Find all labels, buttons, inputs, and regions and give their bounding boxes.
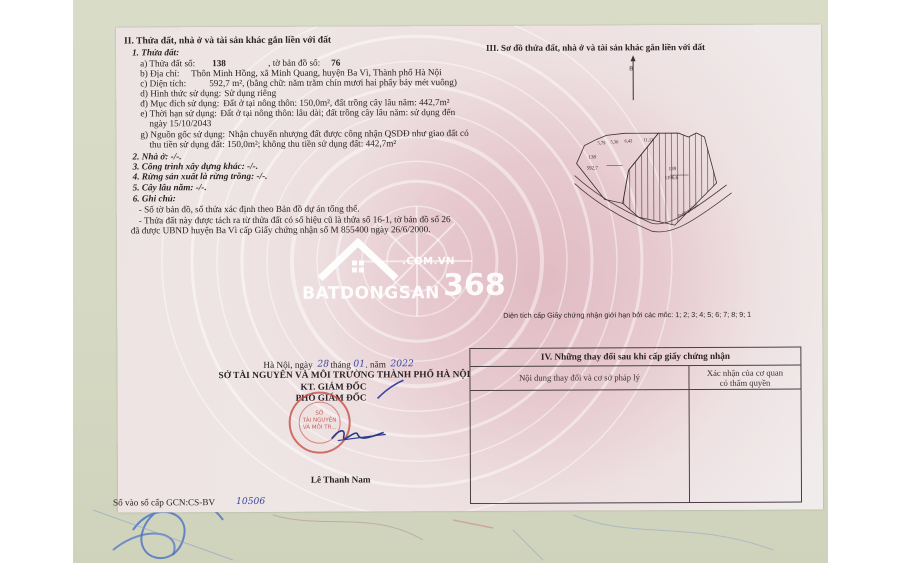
signer-name: Lê Thanh Nam bbox=[311, 474, 371, 485]
parcel-diagram bbox=[566, 115, 747, 236]
changes-table: IV. Những thay đổi sau khi cấp giấy chứn… bbox=[469, 347, 802, 504]
issue-day: 28 bbox=[317, 359, 329, 370]
boundary-note: Diện tích cấp Giấy chứng nhận giới hạn b… bbox=[503, 309, 751, 321]
parcel-neighbor-area: 1196,6 bbox=[665, 176, 679, 182]
parcel-main-area: 592,7 bbox=[587, 166, 598, 172]
issue-month-label: tháng bbox=[330, 360, 350, 371]
perennial-item: 5. Cây lâu năm: -/-. bbox=[133, 182, 207, 193]
forest-item: 4. Rừng sản xuất là rừng trồng: -/-. bbox=[133, 171, 268, 183]
issue-place-date-label: Hà Nội, ngày bbox=[263, 360, 312, 371]
usage-origin-value-2: thu tiền sử dụng đất: 150,0m²; không thu… bbox=[149, 138, 396, 150]
land-certificate-page: II. Thửa đất, nhà ở và tài sản khác gắn … bbox=[116, 24, 823, 512]
usage-term-value: Đất ở tại nông thôn: lâu dài; đất trồng … bbox=[220, 107, 455, 119]
pen-stroke bbox=[375, 378, 405, 400]
issue-year: 2022 bbox=[390, 358, 413, 369]
signer-delegation: KT. GIÁM ĐỐC bbox=[300, 381, 366, 392]
compass-label: B bbox=[629, 64, 633, 75]
issue-year-label: . năm bbox=[365, 359, 385, 370]
parcel-main-id: 138 bbox=[589, 155, 597, 161]
notes-heading: 6. Ghi chú: bbox=[133, 193, 176, 204]
section-2-title: II. Thửa đất, nhà ở và tài sản khác gắn … bbox=[124, 35, 331, 47]
watermark: .COM.VN BATDONGSAN 368 bbox=[300, 237, 640, 308]
edge-length: 5,30 bbox=[610, 139, 618, 144]
signature-scribble bbox=[328, 424, 388, 444]
authority-confirmation-cell bbox=[690, 390, 801, 503]
column-header-line: Xác nhận của cơ quan bbox=[689, 368, 800, 378]
edge-length: 6,42 bbox=[624, 138, 632, 143]
north-arrow-icon bbox=[628, 55, 638, 100]
column-header-line: có thẩm quyền bbox=[689, 378, 800, 388]
parcel-neighbor-id: 139 bbox=[669, 167, 677, 173]
house-logo-icon bbox=[318, 238, 398, 282]
registry-label: Số vào sổ cấp GCN:CS-BV bbox=[113, 497, 215, 508]
issuing-authority: SỞ TÀI NGUYÊN VÀ MÔI TRƯỜNG THÀNH PHỐ HÀ… bbox=[218, 370, 470, 382]
registry-number: 10506 bbox=[236, 496, 265, 507]
edge-length: 11,13 bbox=[643, 137, 653, 142]
watermark-brand: BATDONGSAN bbox=[302, 283, 440, 304]
edge-length: 5,79 bbox=[597, 140, 605, 145]
column-change-content: Nội dung thay đổi và cơ sở pháp lý bbox=[470, 366, 689, 390]
issue-month: 01 bbox=[353, 358, 365, 369]
land-heading: 1. Thửa đất: bbox=[132, 47, 179, 58]
section-3-title: III. Sơ đồ thửa đất, nhà ở và tài sản kh… bbox=[486, 42, 705, 54]
change-content-cell bbox=[471, 390, 690, 504]
column-authority-confirmation: Xác nhận của cơ quan có thẩm quyền bbox=[689, 366, 800, 389]
section-4-title: IV. Những thay đổi sau khi cấp giấy chứn… bbox=[470, 348, 800, 367]
watermark-domain: .COM.VN bbox=[402, 256, 455, 267]
watermark-number: 368 bbox=[443, 268, 506, 303]
usage-term-value-2: ngày 15/10/2043 bbox=[149, 118, 211, 129]
note-line: đã được UBND huyện Ba Vì cấp Giấy chứng … bbox=[131, 224, 431, 236]
